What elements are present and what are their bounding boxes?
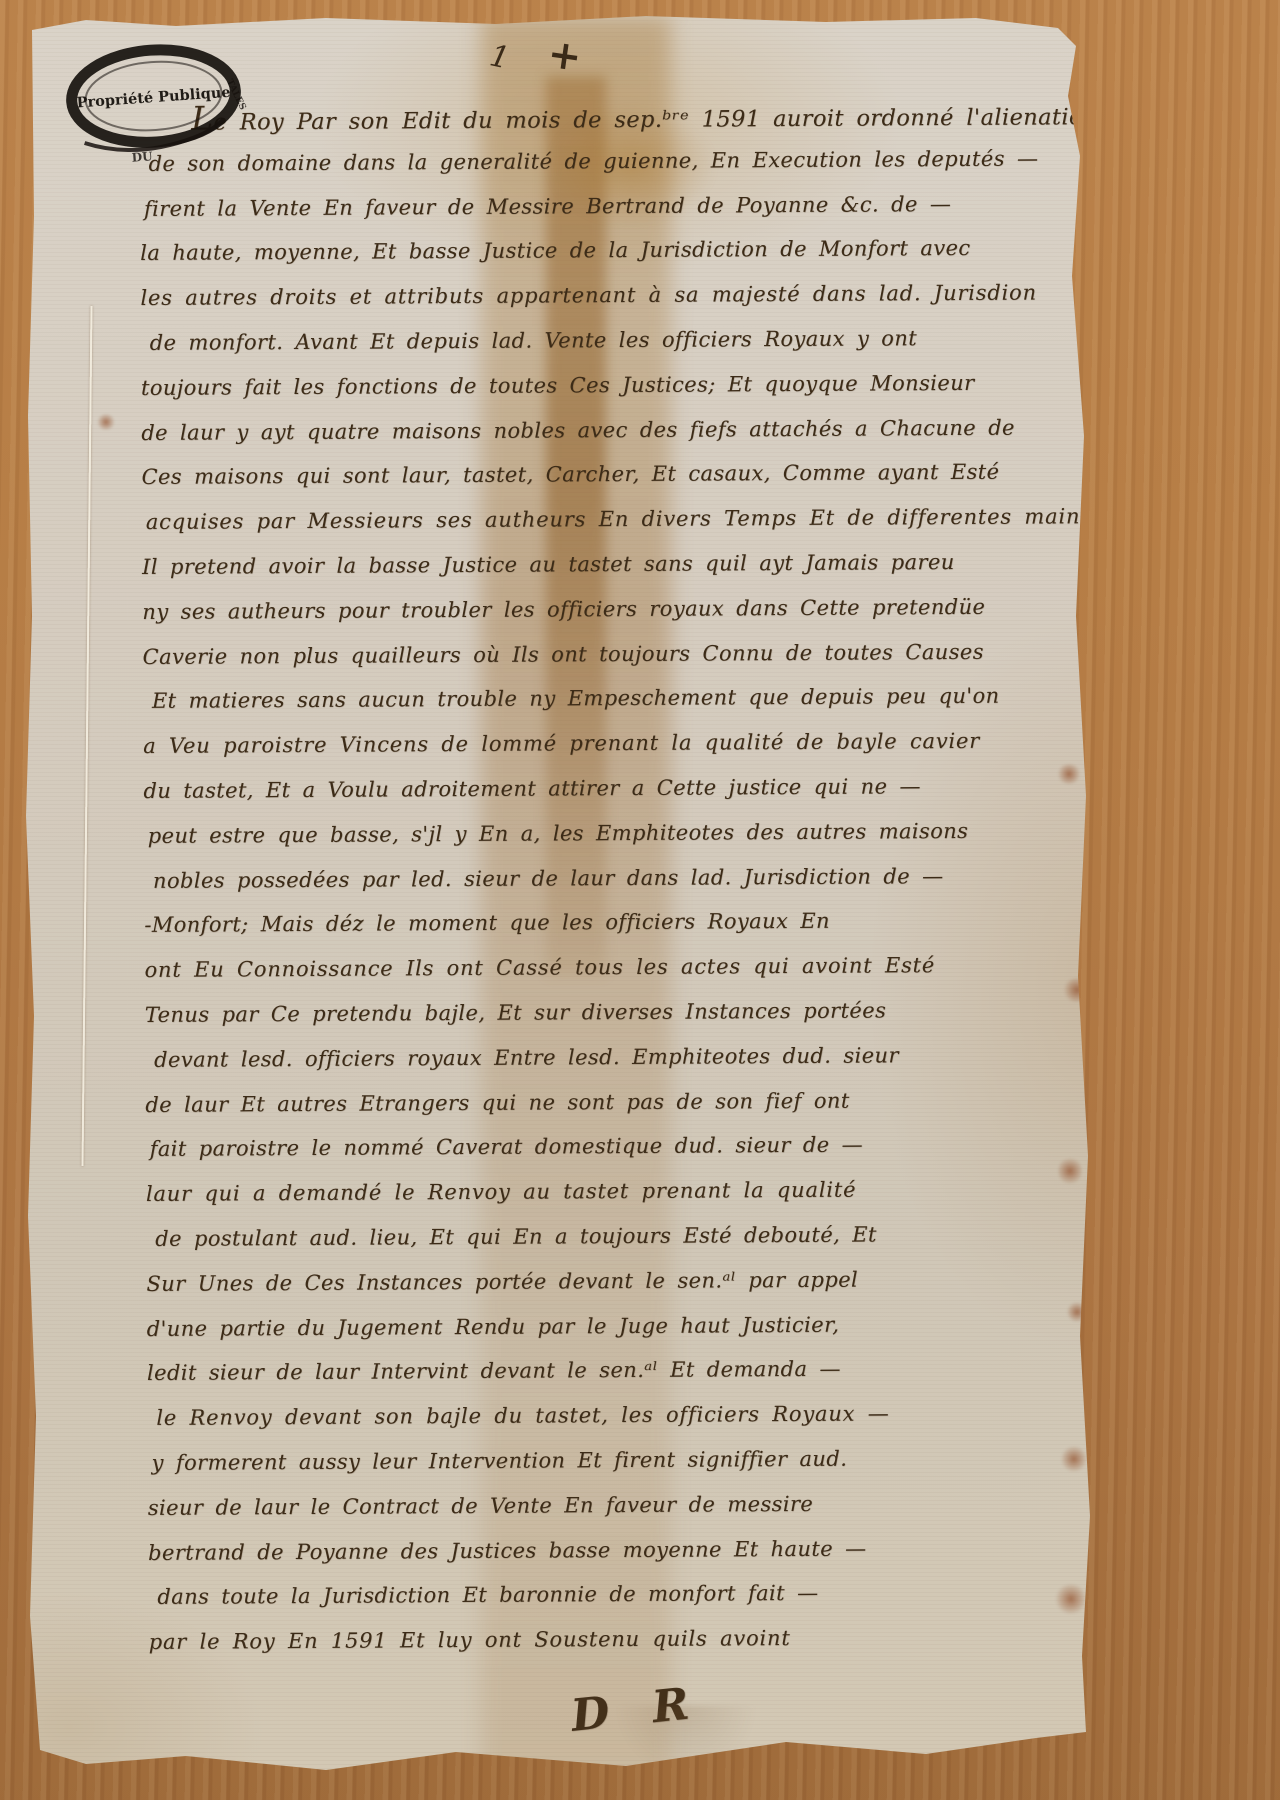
manuscript-line: le Renvoy devant son bajle du tastet, le…: [147, 1390, 1115, 1441]
manuscript-line: les autres droits et attributs appartena…: [140, 270, 1108, 321]
manuscript-line: par le Roy En 1591 Et luy ont Soustenu q…: [149, 1614, 1117, 1665]
handwritten-text: Le Roy Par son Edit du mois de sep.ᵇʳᵉ 1…: [139, 91, 1117, 1665]
folio-marks: 1 +: [476, 34, 636, 84]
manuscript-line: laur qui a demandé le Renvoy au tastet p…: [146, 1166, 1114, 1217]
manuscript-line: bertrand de Poyanne des Justices basse m…: [148, 1525, 1116, 1576]
manuscript-line: de laur Et autres Etrangers qui ne sont …: [145, 1077, 1113, 1128]
manuscript-line: du tastet, Et a Voulu adroitement attire…: [143, 763, 1111, 814]
folio-number: 1: [487, 38, 513, 76]
manuscript-line: la haute, moyenne, Et basse Justice de l…: [140, 225, 1108, 276]
manuscript-line: dans toute la Jurisdiction Et baronnie d…: [148, 1569, 1116, 1620]
manuscript-line: ont Eu Connoissance Ils ont Cassé tous l…: [144, 942, 1112, 993]
manuscript-line: ledit sieur de laur Intervint devant le …: [147, 1345, 1115, 1396]
rust-stain: [96, 414, 116, 430]
manuscript-line: fait paroistre le nommé Caverat domestiq…: [146, 1121, 1114, 1172]
manuscript-line: y formerent aussy leur Intervention Et f…: [147, 1435, 1115, 1486]
manuscript-line: de son domaine dans la generalité de gui…: [139, 136, 1107, 187]
manuscript-photo: 1 + Le Roy Par son Edit du mois de sep.ᵇ…: [0, 0, 1280, 1800]
manuscript-line: -Monfort; Mais déz le moment que les off…: [144, 897, 1112, 948]
manuscript-line: de laur y ayt quatre maisons nobles avec…: [141, 405, 1109, 456]
manuscript-line: de postulant aud. lieu, Et qui En a touj…: [146, 1211, 1114, 1262]
manuscript-line: de monfort. Avant Et depuis lad. Vente l…: [141, 315, 1109, 366]
manuscript-line: ny ses autheurs pour troubler les offici…: [142, 584, 1110, 635]
archive-stamp: Propriété Publique TALES DU: [58, 34, 252, 173]
manuscript-line: Caverie non plus quailleurs où Ils ont t…: [143, 629, 1111, 680]
manuscript-line: toujours fait les fonctions de toutes Ce…: [141, 360, 1109, 411]
manuscript-page: 1 + Le Roy Par son Edit du mois de sep.ᵇ…: [26, 16, 1104, 1780]
manuscript-line: Sur Unes de Ces Instances portée devant …: [146, 1256, 1114, 1307]
stamp-center-text: Propriété Publique: [76, 84, 231, 112]
manuscript-line: peut estre que basse, s'jl y En a, les E…: [144, 808, 1112, 859]
manuscript-line: devant lesd. officiers royaux Entre lesd…: [145, 1032, 1113, 1083]
manuscript-line: d'une partie du Jugement Rendu par le Ju…: [147, 1301, 1115, 1352]
manuscript-line: firent la Vente En faveur de Messire Ber…: [140, 181, 1108, 232]
manuscript-line: nobles possedées par led. sieur de laur …: [144, 853, 1112, 904]
manuscript-line: Il pretend avoir la basse Justice au tas…: [142, 539, 1110, 590]
manuscript-line: Le Roy Par son Edit du mois de sep.ᵇʳᵉ 1…: [139, 91, 1107, 142]
manuscript-line: Et matieres sans aucun trouble ny Empesc…: [143, 673, 1111, 724]
stamp-bottom-text: DU: [131, 149, 153, 164]
cross-mark: +: [545, 30, 585, 81]
manuscript-line: acquises par Messieurs ses autheurs En d…: [142, 494, 1110, 545]
manuscript-line: Tenus par Ce pretendu bajle, Et sur dive…: [145, 987, 1113, 1038]
manuscript-line: a Veu paroistre Vincens de lommé prenant…: [143, 718, 1111, 769]
manuscript-line: sieur de laur le Contract de Vente En fa…: [148, 1480, 1116, 1531]
manuscript-line: Ces maisons qui sont laur, tastet, Carch…: [141, 449, 1109, 500]
